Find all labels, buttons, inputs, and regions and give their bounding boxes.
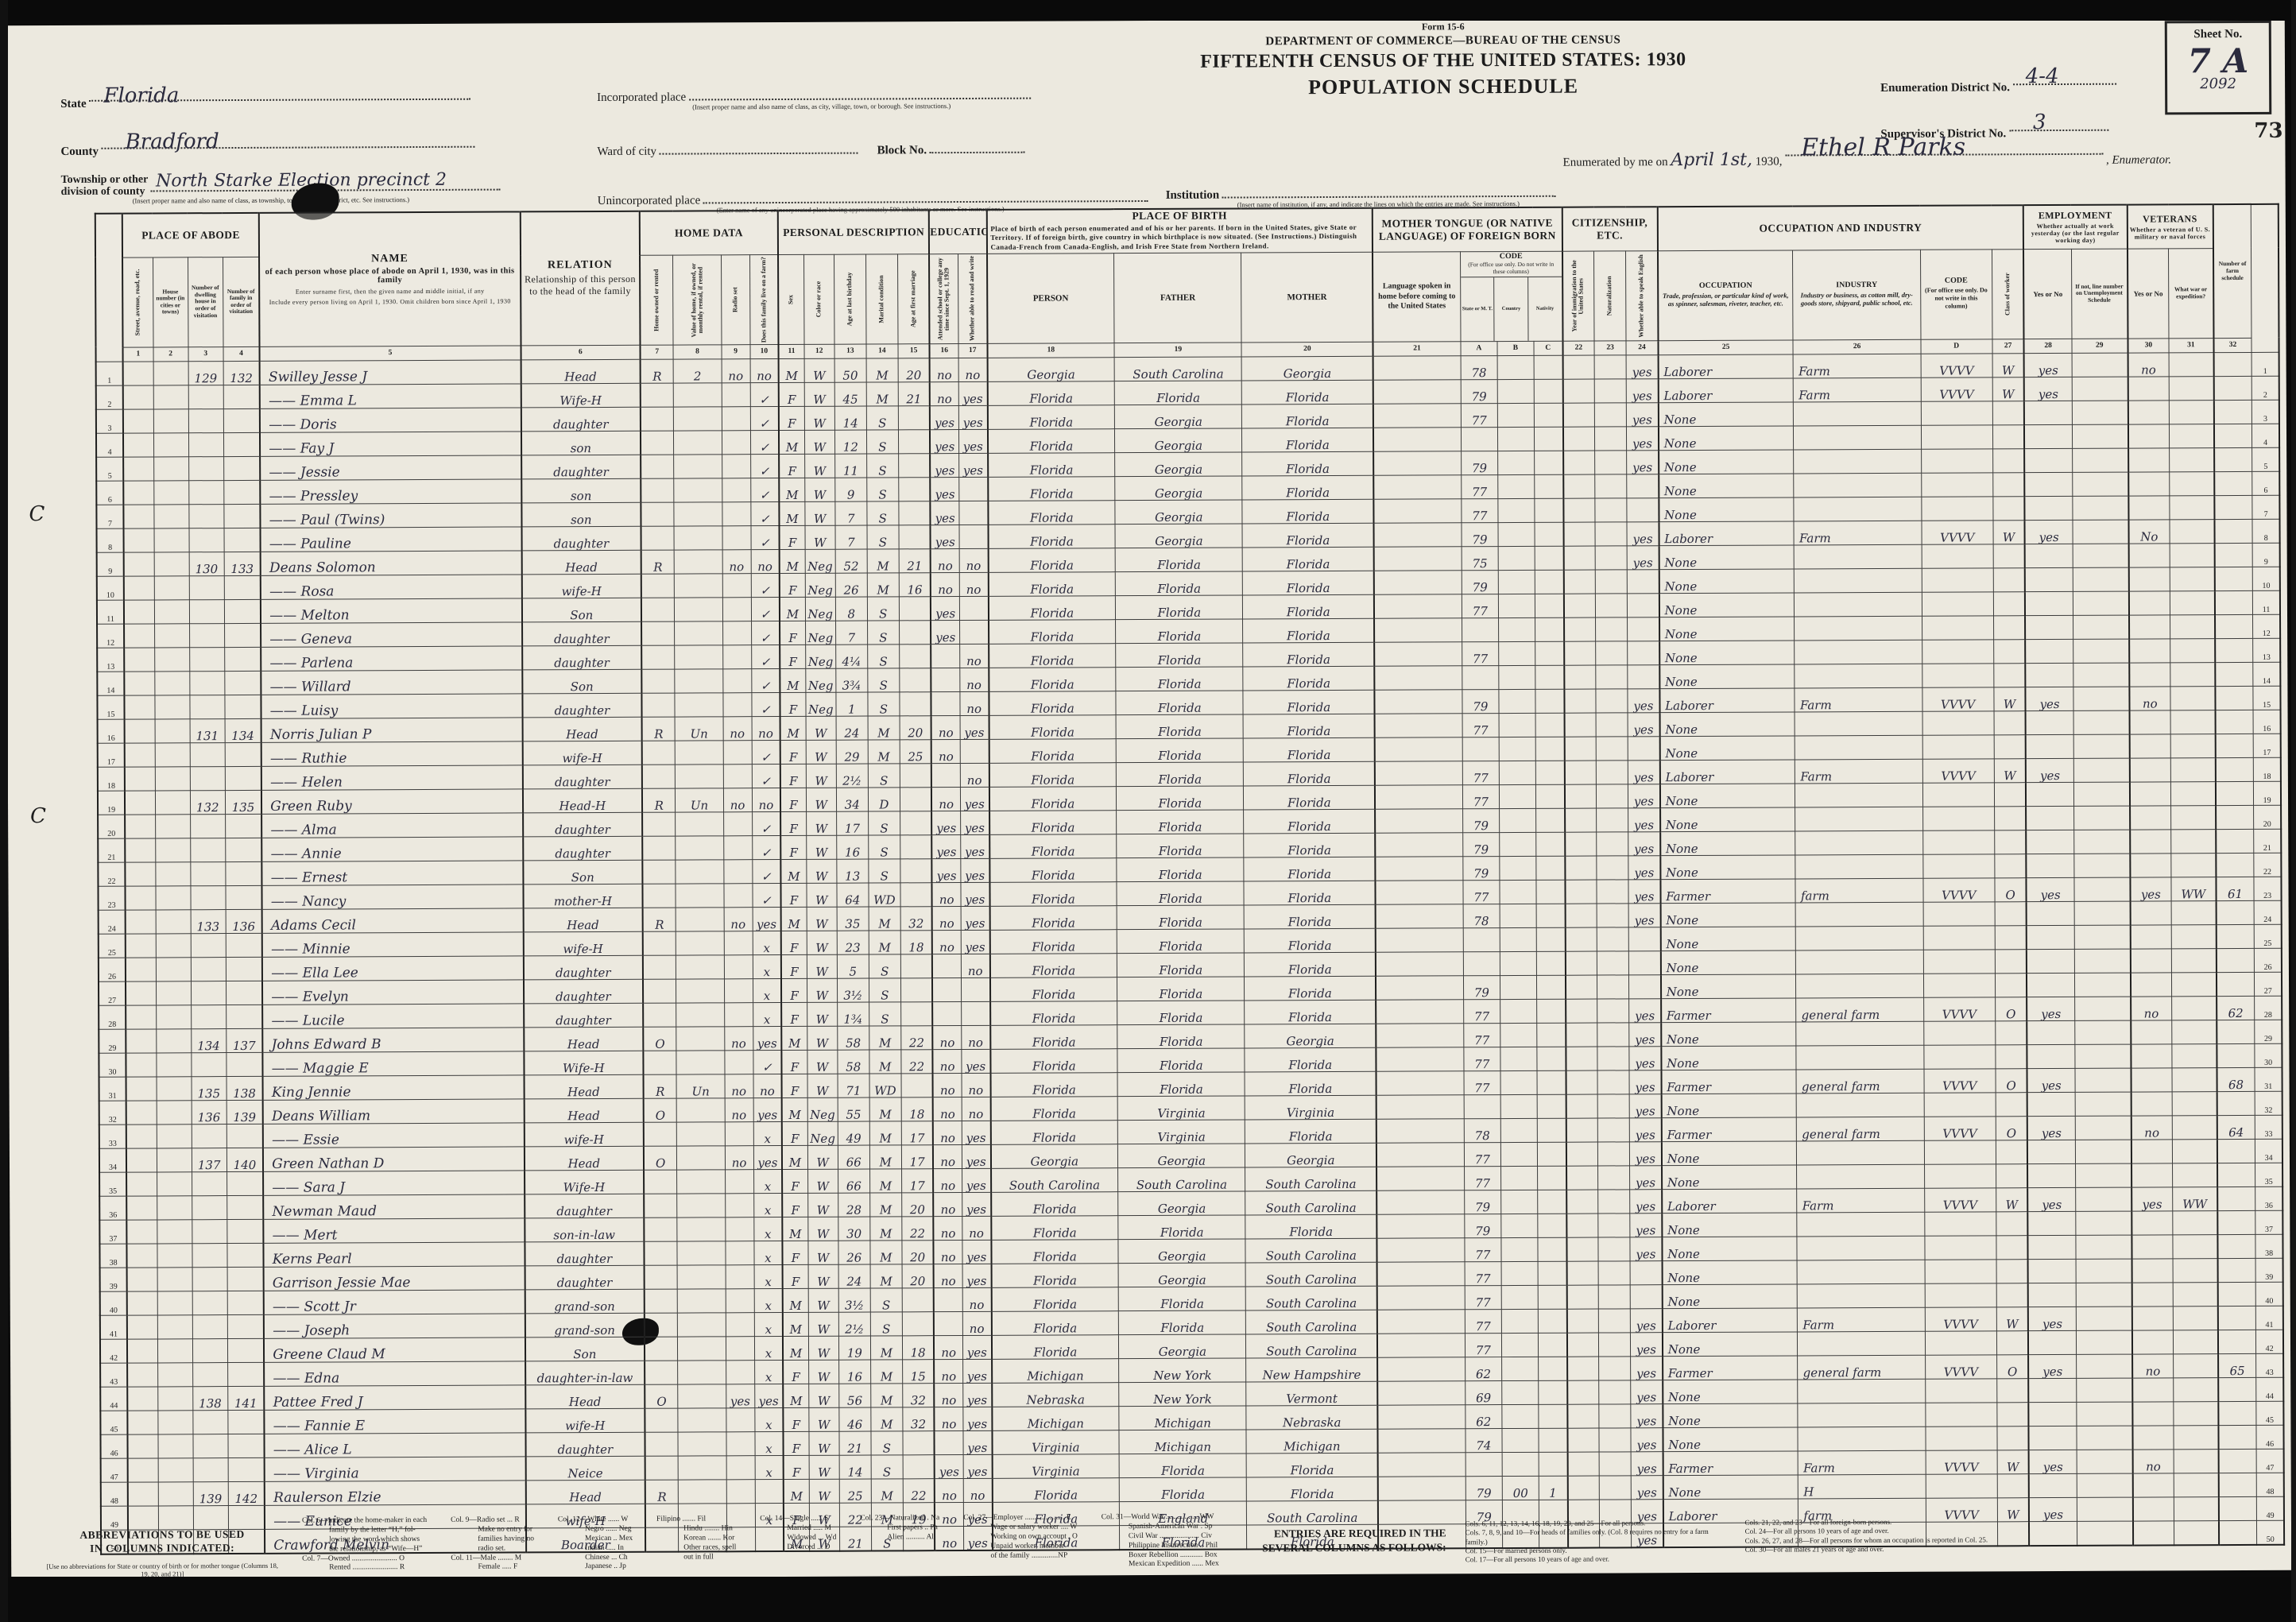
cell-w31	[2171, 853, 2216, 877]
cell-cd	[1926, 1427, 1997, 1450]
cell-s16: yes	[935, 1454, 963, 1478]
cell-n23	[1597, 880, 1628, 904]
cell-st	[125, 743, 155, 767]
line-number: 33	[2255, 1115, 2282, 1139]
cell-nm: —— Virginia	[265, 1457, 526, 1481]
cell-ca: 69	[1465, 1380, 1502, 1404]
cell-cb	[1499, 808, 1535, 832]
column-number: 9	[722, 344, 750, 358]
cell-f32	[2217, 1139, 2255, 1163]
cell-h7	[643, 1051, 676, 1074]
cell-h7	[642, 812, 676, 836]
cell-cc	[1534, 427, 1562, 451]
cell-b20: Florida	[1244, 833, 1375, 857]
cell-fm	[223, 385, 260, 408]
cell-mc: S	[866, 430, 898, 454]
cell-w28	[2027, 973, 2074, 997]
page-stamp: 73	[2254, 119, 2282, 143]
cell-cc	[1536, 856, 1565, 880]
line-number: 11	[2253, 590, 2280, 614]
cell-hn	[157, 1077, 192, 1101]
cell-h7	[641, 645, 675, 669]
cell-cb	[1502, 1428, 1539, 1452]
cell-w28: yes	[2024, 353, 2072, 377]
cell-n23	[1594, 379, 1626, 403]
column-number: 19	[1114, 343, 1241, 358]
cell-cd: VVVV	[1923, 878, 1995, 902]
cell-cd	[1922, 735, 1994, 759]
cell-dw	[192, 1291, 227, 1314]
cell-w28: yes	[2027, 1187, 2075, 1211]
abbreviation-block: Col. 23—Naturalized . NaFirst papers .. …	[860, 1514, 939, 1575]
cell-nm: —— Ernest	[262, 861, 524, 885]
cell-w28	[2027, 1140, 2075, 1163]
cell-w28: yes	[2027, 1068, 2075, 1092]
cell-e24: yes	[1628, 712, 1659, 736]
cell-cc	[1538, 1309, 1566, 1333]
cell-cr: W	[805, 525, 835, 549]
cell-st	[125, 719, 155, 743]
cell-ca: 77	[1465, 1309, 1501, 1333]
cell-c27	[1996, 1235, 2028, 1259]
cell-ca: 77	[1462, 784, 1499, 808]
cell-rl: Head	[524, 1098, 643, 1123]
cell-i26	[1798, 1283, 1925, 1308]
cell-e24	[1628, 617, 1659, 641]
cell-e24: yes	[1627, 450, 1659, 474]
cell-dw	[193, 1457, 228, 1481]
cell-l21	[1375, 809, 1462, 833]
cell-e24: yes	[1631, 1451, 1663, 1475]
cell-v30	[2129, 710, 2170, 734]
cell-am	[902, 1287, 934, 1311]
cell-h7	[644, 1265, 677, 1289]
cell-w28	[2027, 1163, 2075, 1187]
cell-fm	[226, 885, 262, 909]
cell-cb	[1500, 1142, 1537, 1166]
cell-dw	[192, 1362, 227, 1386]
column-number: 20	[1241, 342, 1373, 357]
cell-l21	[1374, 523, 1462, 547]
cell-o25: None	[1662, 1237, 1797, 1261]
cell-n23	[1596, 737, 1628, 761]
cell-l21	[1377, 1381, 1465, 1405]
cell-v30	[2131, 1283, 2173, 1307]
cell-ca: 77	[1465, 1237, 1501, 1261]
cell-s16: yes	[931, 477, 959, 501]
cell-cd	[1924, 1164, 1996, 1188]
cell-st	[126, 934, 156, 958]
cell-st	[124, 552, 154, 576]
cell-ca: 77	[1465, 1261, 1501, 1285]
cell-ca: 77	[1465, 1285, 1501, 1309]
cell-st	[124, 576, 154, 600]
abbreviation-line: Hindu ........ Hin	[656, 1524, 736, 1534]
cell-dw	[189, 528, 224, 552]
cell-hn	[154, 672, 189, 695]
cell-w17: no	[960, 763, 989, 787]
cell-cd: VVVV	[1924, 1069, 1996, 1093]
cell-o25: None	[1663, 1427, 1798, 1452]
cell-h7	[643, 931, 676, 955]
cell-b18: Florida	[989, 762, 1116, 787]
cell-sx: M	[782, 1217, 807, 1241]
cell-st	[126, 1053, 156, 1077]
cell-f10: ✓	[751, 645, 780, 668]
cell-f10: ✓	[751, 692, 780, 716]
cell-f10: yes	[753, 1097, 782, 1121]
cell-st	[126, 910, 156, 934]
column-number: 3	[188, 346, 223, 361]
col-birth-father: FATHER	[1114, 253, 1242, 343]
cell-i26	[1797, 1212, 1924, 1237]
cell-s16: yes	[930, 453, 958, 477]
cell-cc	[1534, 379, 1562, 403]
cell-b20: Florida	[1242, 428, 1373, 452]
cell-i26: Farm	[1798, 1450, 1926, 1475]
cell-e24: yes	[1628, 807, 1660, 831]
cell-cb	[1499, 784, 1535, 808]
cell-cc	[1537, 1142, 1566, 1166]
cell-b20: Vermont	[1246, 1381, 1377, 1406]
cell-mc: S	[867, 621, 899, 645]
entries-line: Cols. 7, 8, 9, and 10—For heads of famil…	[1465, 1527, 1728, 1547]
cell-r9	[722, 454, 750, 478]
cell-st	[125, 791, 155, 815]
cell-n23	[1599, 1333, 1631, 1357]
column-number: 28	[2024, 339, 2072, 353]
cell-rl: daughter	[523, 812, 642, 837]
cell-n23	[1595, 427, 1627, 451]
cell-c27	[1994, 782, 2026, 806]
cell-cb	[1498, 546, 1535, 570]
cell-v8	[675, 550, 722, 574]
cell-v8	[678, 1361, 726, 1384]
abbreviation-line: Spanish-American War . Sp	[1102, 1522, 1219, 1532]
abbreviation-block: Col. 27—Employer ..................... E…	[963, 1513, 1078, 1575]
cell-cr: W	[806, 788, 836, 811]
line-number: 32	[2255, 1091, 2282, 1115]
cell-y22	[1566, 1190, 1598, 1214]
entries-line: Cols. 26, 27, and 28—For all persons for…	[1745, 1535, 2008, 1546]
cell-sx: F	[780, 573, 805, 597]
cell-f32	[2217, 1210, 2255, 1234]
cell-hn	[155, 743, 190, 767]
cell-fm	[223, 408, 260, 432]
cell-r9: no	[724, 907, 753, 931]
cell-i26	[1795, 807, 1922, 831]
cell-v30	[2129, 782, 2170, 806]
cell-c27	[1996, 1140, 2027, 1163]
cell-e24: yes	[1630, 1165, 1662, 1189]
cell-rl: grand-son	[525, 1289, 644, 1314]
cell-v30: yes	[2131, 1187, 2173, 1211]
cell-sx: F	[781, 883, 807, 907]
cell-y22	[1565, 904, 1597, 927]
cell-l21	[1378, 1477, 1465, 1500]
place-of-abode-group: PLACE OF ABODE	[122, 213, 259, 257]
cell-w31	[2173, 1330, 2217, 1353]
cell-ag: 25	[839, 1479, 871, 1503]
line-number: 39	[100, 1268, 127, 1291]
cell-cr: W	[804, 454, 834, 478]
cell-cr: W	[804, 358, 834, 382]
cell-ca: 62	[1465, 1404, 1502, 1428]
line-number: 27	[2255, 972, 2282, 996]
cell-cr: W	[807, 1145, 838, 1169]
cell-h7: R	[642, 788, 676, 812]
cell-ca	[1463, 927, 1500, 951]
cell-v30	[2130, 901, 2171, 925]
cell-v8	[674, 526, 722, 550]
cell-w17: no	[960, 644, 989, 668]
cell-ag: 56	[838, 1384, 870, 1407]
cell-s16: no	[933, 1144, 962, 1168]
cell-cc	[1535, 546, 1563, 570]
cell-w28	[2024, 424, 2072, 448]
cell-l21	[1374, 571, 1462, 594]
cell-b19: Florida	[1117, 1001, 1245, 1025]
cell-cd	[1921, 425, 1992, 449]
cell-f10: x	[754, 1407, 783, 1431]
cell-y22	[1562, 403, 1594, 427]
cell-l21	[1375, 737, 1462, 761]
cell-s16: yes	[932, 834, 961, 858]
cell-sx: F	[780, 764, 806, 788]
cell-fm: 132	[223, 361, 260, 385]
cell-cc	[1538, 1261, 1566, 1285]
cell-cr: Neg	[805, 645, 835, 668]
scan-edge-right	[2291, 0, 2296, 1622]
cell-f10: ✓	[750, 454, 779, 478]
name-group: NAME of each person whose place of abode…	[259, 211, 521, 346]
cell-s16: no	[934, 1240, 962, 1264]
cell-mc: S	[868, 668, 900, 692]
cell-w31	[2170, 734, 2215, 757]
cell-w17: yes	[958, 405, 987, 429]
cell-w17: no	[958, 358, 987, 381]
cell-cc	[1537, 999, 1566, 1023]
cell-y22	[1566, 1309, 1598, 1333]
cell-dw	[192, 1171, 227, 1195]
cell-w17: yes	[962, 1240, 991, 1264]
cell-f10: yes	[754, 1384, 783, 1407]
cell-b20: Virginia	[1245, 1095, 1376, 1120]
cell-w28	[2025, 472, 2073, 496]
cell-f10: ✓	[752, 811, 780, 835]
cell-i26	[1795, 854, 1922, 879]
cell-r9	[722, 525, 751, 549]
cell-e24: yes	[1631, 1380, 1663, 1403]
cell-sx: F	[779, 454, 804, 478]
cell-cb	[1500, 999, 1536, 1023]
cell-i26: H	[1798, 1474, 1926, 1499]
cell-rl: wife-H	[521, 574, 641, 598]
cell-sx: F	[781, 1002, 807, 1026]
cell-nm: —— Annie	[261, 837, 523, 861]
cell-e24: yes	[1630, 1237, 1662, 1260]
cell-o25: None	[1659, 736, 1795, 761]
cell-ca	[1461, 427, 1497, 451]
cell-mc: S	[871, 1455, 903, 1479]
cell-cr: W	[809, 1431, 839, 1455]
cell-cr: W	[807, 1026, 837, 1050]
cell-mc: M	[870, 1241, 902, 1264]
cell-nm: Kerns Pearl	[264, 1242, 525, 1267]
cell-w31	[2173, 1306, 2217, 1330]
line-number: 3	[2252, 400, 2279, 424]
census-scan-page: Form 15-6 DEPARTMENT OF COMMERCE—BUREAU …	[0, 0, 2296, 1622]
column-number: 15	[898, 343, 930, 358]
cell-am: 20	[902, 1264, 934, 1287]
cell-nm: —— Maggie E	[263, 1051, 525, 1076]
cell-h7	[645, 1361, 678, 1384]
cell-hn	[155, 767, 190, 791]
cell-b20: Florida	[1245, 1000, 1376, 1024]
cell-ag: 34	[836, 788, 868, 811]
cell-v30	[2131, 1211, 2173, 1235]
line-number: 25	[2254, 924, 2281, 948]
cell-cr: W	[807, 978, 837, 1002]
line-number: 31	[99, 1077, 126, 1101]
line-number: 4	[2252, 424, 2279, 447]
cell-b18: Michigan	[992, 1358, 1119, 1383]
cell-mc: S	[867, 645, 899, 668]
cell-v30	[2130, 949, 2171, 973]
abbreviation-line: Make no entry for	[451, 1525, 534, 1535]
cell-sx: M	[784, 1479, 809, 1503]
line-number: 16	[98, 719, 125, 743]
cell-fm	[224, 647, 261, 671]
cell-mc: S	[868, 692, 900, 716]
cell-u29	[2073, 639, 2129, 663]
cell-u29	[2074, 925, 2130, 949]
line-number: 39	[2255, 1258, 2282, 1282]
ward-label: Ward of city	[597, 145, 656, 158]
cell-y22	[1566, 1118, 1597, 1142]
cell-st	[123, 457, 153, 481]
cell-w28	[2027, 1044, 2075, 1068]
cell-f32	[2217, 1020, 2255, 1043]
line-number: 8	[97, 528, 124, 552]
cell-rl: Head	[522, 717, 641, 741]
cell-mc: M	[871, 1479, 903, 1503]
cell-w28	[2028, 1259, 2076, 1283]
cell-v30: no	[2129, 687, 2170, 710]
cell-u29	[2073, 734, 2129, 758]
cell-v8	[678, 1313, 726, 1337]
cell-f32	[2214, 424, 2252, 447]
cell-hn	[157, 1125, 192, 1148]
cell-cb	[1498, 522, 1535, 546]
cell-e24	[1628, 736, 1659, 760]
cell-am: 32	[900, 906, 932, 930]
cell-am	[899, 501, 931, 525]
cell-sx: F	[781, 978, 807, 1002]
cell-fm	[227, 1267, 264, 1291]
cell-h7	[645, 1289, 678, 1313]
cell-sx: M	[783, 1312, 808, 1336]
cell-c27	[1994, 830, 2026, 854]
cell-cr: W	[806, 740, 836, 764]
cell-v30	[2130, 854, 2171, 877]
cell-u29	[2074, 854, 2130, 877]
cell-am	[903, 1430, 935, 1454]
cell-l21	[1375, 833, 1462, 857]
cell-st	[123, 481, 153, 505]
cell-w28: yes	[2024, 377, 2072, 401]
cell-v30: no	[2131, 1116, 2172, 1140]
cell-f32	[2218, 1330, 2256, 1353]
cell-o25: None	[1659, 474, 1794, 498]
cell-hn	[153, 457, 188, 481]
cell-y22	[1565, 832, 1597, 856]
cell-i26	[1796, 926, 1923, 950]
cell-cr: W	[807, 907, 837, 931]
cell-cc	[1539, 1428, 1567, 1452]
cell-w28: yes	[2029, 1450, 2077, 1473]
cell-sx: F	[782, 1169, 807, 1193]
cell-nm: —— Geneva	[261, 622, 522, 647]
cell-b18: Florida	[989, 643, 1116, 668]
abbreviation-line: Col. 23—Naturalized . Na	[860, 1514, 939, 1523]
cell-fm: 138	[227, 1076, 263, 1100]
cell-v30	[2131, 1307, 2173, 1330]
cell-b20: Florida	[1243, 594, 1374, 619]
cell-o25: None	[1661, 974, 1796, 999]
cell-f32	[2216, 829, 2254, 853]
cell-r9	[722, 645, 751, 668]
column-number: D	[1921, 339, 1992, 354]
cell-l21	[1378, 1405, 1465, 1429]
cell-am	[900, 834, 932, 858]
cell-f32	[2217, 1163, 2255, 1186]
cell-l21	[1373, 475, 1461, 499]
col-sex: Sex	[778, 254, 804, 344]
cell-sx: M	[779, 430, 804, 454]
cell-sx: F	[782, 1050, 807, 1074]
cell-n23	[1597, 927, 1628, 951]
cell-h7: O	[644, 1146, 677, 1170]
cell-r9	[726, 1455, 755, 1479]
cell-f32	[2215, 614, 2253, 638]
cell-l21	[1374, 618, 1462, 642]
cell-b20: Florida	[1245, 976, 1376, 1001]
cell-c27: W	[1997, 1450, 2029, 1473]
cell-nm: —— Emma L	[260, 384, 521, 408]
cell-nm: —— Fay J	[260, 432, 521, 456]
cell-hn	[156, 886, 191, 910]
abbreviation-line: Chinese ... Ch	[558, 1553, 633, 1562]
cell-ca: 77	[1464, 1166, 1500, 1190]
cell-cb	[1498, 570, 1535, 594]
cell-nm: Green Nathan D	[263, 1147, 525, 1171]
census-title: FIFTEENTH CENSUS OF THE UNITED STATES: 1…	[1062, 48, 1825, 73]
cell-u29	[2076, 1330, 2131, 1354]
cell-s16: no	[932, 906, 961, 930]
cell-dw	[192, 1124, 227, 1148]
abbreviation-line: Unpaid worker, member	[963, 1542, 1078, 1552]
cell-mc: M	[869, 907, 900, 931]
cell-dw: 134	[191, 1028, 226, 1052]
cell-rl: Head	[525, 1384, 645, 1409]
cell-sx: M	[783, 1336, 808, 1360]
sheet-label: Sheet No.	[2167, 28, 2269, 42]
cell-s16: yes	[930, 405, 958, 429]
cell-hn	[153, 362, 188, 385]
cell-i26	[1796, 1021, 1923, 1046]
abbreviation-line: Female ..... F	[451, 1563, 534, 1573]
